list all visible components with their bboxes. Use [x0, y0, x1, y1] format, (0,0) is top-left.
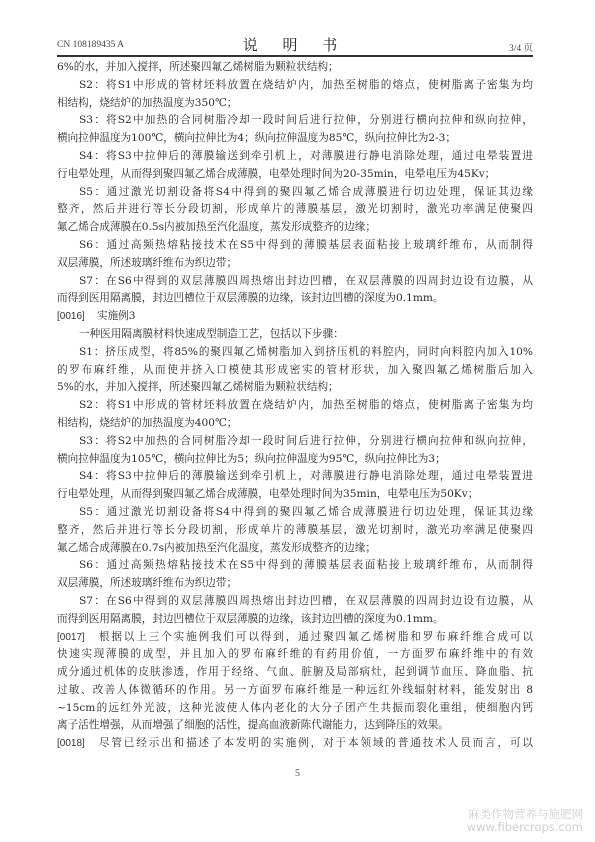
line-text: S1：挤压成型，将85%的聚四氟乙烯树脂加入到挤压机的料腔内，同时向料腔内加入1… — [79, 346, 533, 358]
text-line: ~15cm的远红外光波，这种光波使人体内老化的大分子团产生共振而裂化重组，使细胞… — [57, 700, 533, 718]
text-line: S4：将S3中拉伸后的薄膜输送到牵引机上，对薄膜进行静电消除处理，通过电晕装置进 — [57, 468, 533, 486]
line-text: 横向拉伸温度为105℃，横向拉伸比为5；纵向拉伸温度为95℃，纵向拉伸比为3； — [57, 453, 446, 465]
text-line: 5%的水，并加入搅拌，所述聚四氟乙烯树脂为颗粒状结构； — [57, 379, 533, 397]
text-line: S7：在S6中得到的双层薄膜四周热熔出封边凹槽，在双层薄膜的四周封边设有边膜，从 — [57, 593, 533, 611]
text-line: 过敏、改善人体微循环的作用。另一方面罗布麻纤维是一种远红外线辐射材料，能发射出 … — [57, 682, 533, 700]
line-text: 双层薄膜，所述玻璃纤维布为织边带； — [57, 257, 237, 269]
text-line: 而得到医用隔离膜，封边凹槽位于双层薄膜的边缘，该封边凹槽的深度为0.1mm。 — [57, 290, 533, 308]
document-body: 6%的水，并加入搅拌，所述聚四氟乙烯树脂为颗粒状结构；S2：将S1中形成的管材坯… — [57, 59, 533, 753]
text-line: 氟乙烯合成薄膜在0.5s内被加热至汽化温度，蒸发形成整齐的边缘； — [57, 219, 533, 237]
text-line: 6%的水，并加入搅拌，所述聚四氟乙烯树脂为颗粒状结构； — [57, 59, 533, 77]
header-rule — [57, 55, 533, 57]
watermark-url: www.fibercrops.com — [467, 821, 583, 834]
text-line: 一种医用隔离膜材料快速成型制造工艺，包括以下步骤： — [57, 326, 533, 344]
line-text: 行电晕处理，从而得到聚四氟乙烯合成薄膜，电晕处理时间为20-35min，电晕电压… — [57, 168, 495, 180]
line-text: 6%的水，并加入搅拌，所述聚四氟乙烯树脂为颗粒状结构； — [57, 61, 339, 73]
paragraph-line-numbered: [0018]尽管已经示出和描述了本发明的实施例，对于本领域的普通技术人员而言，可… — [57, 735, 533, 753]
document-title: 说 明 书 — [57, 34, 533, 55]
watermark: 麻类作物营养与施肥网 www.fibercrops.com — [467, 808, 583, 834]
line-text: S6：通过高频热熔粘接技术在S5中得到的薄膜基层表面粘接上玻璃纤维布，从而制得 — [79, 559, 533, 571]
line-text: S4：将S3中拉伸后的薄膜输送到牵引机上，对薄膜进行静电消除处理，通过电晕装置进 — [79, 470, 533, 482]
line-text: 过敏、改善人体微循环的作用。另一方面罗布麻纤维是一种远红外线辐射材料，能发射出 … — [57, 684, 533, 696]
line-text: 离子活性增强，从而增强了细胞的活性，提高血液新陈代谢能力，达到降压的效果。 — [57, 719, 449, 731]
text-line: 快速实现薄膜的成型，并且加入的罗布麻纤维的有药用价值，一方面罗布麻纤维中的有效 — [57, 646, 533, 664]
line-text: 双层薄膜，所述玻璃纤维布为织边带； — [57, 577, 237, 589]
line-text: 实施例3 — [97, 310, 136, 322]
text-line: S3：将S2中加热的合同树脂冷却一段时间后进行拉伸，分别进行横向拉伸和纵向拉伸， — [57, 433, 533, 451]
text-line: 横向拉伸温度为100℃，横向拉伸比为4；纵向拉伸温度为85℃，纵向拉伸比为2-3… — [57, 130, 533, 148]
line-text: 整齐，然后并进行等长分段切割，形成单片的薄膜基层，激光切割时，激光功率满足使聚四 — [57, 203, 533, 215]
text-line: S5：通过激光切割设备将S4中得到的聚四氟乙烯合成薄膜进行切边处理，保证其边缘 — [57, 184, 533, 202]
text-line: 行电晕处理，从而得到聚四氟乙烯合成薄膜，电晕处理时间为35min，电晕电压为50… — [57, 486, 533, 504]
text-line: 整齐，然后并进行等长分段切割，形成单片的薄膜基层，激光切割时，激光功率满足使聚四 — [57, 201, 533, 219]
page-number: 5 — [0, 768, 595, 779]
line-text: 一种医用隔离膜材料快速成型制造工艺，包括以下步骤： — [79, 328, 344, 340]
text-line: 双层薄膜，所述玻璃纤维布为织边带； — [57, 255, 533, 273]
text-line: S5：通过激光切割设备将S4中得到的聚四氟乙烯合成薄膜进行切边处理，保证其边缘 — [57, 504, 533, 522]
text-line: S2：将S1中形成的管材坯料放置在烧结炉内，加热至树脂的熔点，使树脂离子密集为均 — [57, 77, 533, 95]
text-line: S4：将S3中拉伸后的薄膜输送到牵引机上，对薄膜进行静电消除处理，通过电晕装置进 — [57, 148, 533, 166]
page-indicator: 3/4 页 — [509, 40, 533, 54]
paragraph-line-numbered: [0017]根据以上三个实施例我们可以得到，通过聚四氟乙烯树脂和罗布麻纤维合成可… — [57, 629, 533, 647]
line-text: S6：通过高频热熔粘接技术在S5中得到的薄膜基层表面粘接上玻璃纤维布，从而制得 — [79, 239, 533, 251]
line-text: S7：在S6中得到的双层薄膜四周热熔出封边凹槽，在双层薄膜的四周封边设有边膜，从 — [79, 275, 533, 287]
line-text: 根据以上三个实施例我们可以得到，通过聚四氟乙烯树脂和罗布麻纤维合成可以 — [97, 631, 533, 643]
line-text: 成分通过机体的皮肤渗透，作用于经络、气血、脏腑及局部病灶，起到调节血压、降血脂、… — [57, 666, 533, 678]
paragraph-number: [0016] — [57, 308, 97, 326]
line-text: S5：通过激光切割设备将S4中得到的聚四氟乙烯合成薄膜进行切边处理，保证其边缘 — [79, 186, 533, 198]
line-text: 氟乙烯合成薄膜在0.7s内被加热至汽化温度，蒸发形成整齐的边缘； — [57, 542, 376, 554]
text-line: 而得到医用隔离膜，封边凹槽位于双层薄膜的边缘，该封边凹槽的深度为0.1mm。 — [57, 611, 533, 629]
line-text: 相结构，烧结炉的加热温度为400℃； — [57, 417, 237, 429]
text-line: S2：将S1中形成的管材坯料放置在烧结炉内，加热至树脂的熔点，使树脂离子密集为均 — [57, 397, 533, 415]
line-text: 而得到医用隔离膜，封边凹槽位于双层薄膜的边缘，该封边凹槽的深度为0.1mm。 — [57, 613, 444, 625]
line-text: 而得到医用隔离膜，封边凹槽位于双层薄膜的边缘，该封边凹槽的深度为0.1mm。 — [57, 292, 444, 304]
line-text: S3：将S2中加热的合同树脂冷却一段时间后进行拉伸，分别进行横向拉伸和纵向拉伸， — [79, 114, 533, 126]
line-text: S2：将S1中形成的管材坯料放置在烧结炉内，加热至树脂的熔点，使树脂离子密集为均 — [79, 79, 533, 91]
text-line: S7：在S6中得到的双层薄膜四周热熔出封边凹槽，在双层薄膜的四周封边设有边膜，从 — [57, 273, 533, 291]
text-line: 整齐，然后并进行等长分段切割，形成单片的薄膜基层，激光切割时，激光功率满足使聚四 — [57, 522, 533, 540]
text-line: 横向拉伸温度为105℃，横向拉伸比为5；纵向拉伸温度为95℃，纵向拉伸比为3； — [57, 451, 533, 469]
line-text: 尽管已经示出和描述了本发明的实施例，对于本领域的普通技术人员而言，可以 — [97, 737, 533, 749]
line-text: S4：将S3中拉伸后的薄膜输送到牵引机上，对薄膜进行静电消除处理，通过电晕装置进 — [79, 150, 533, 162]
line-text: ~15cm的远红外光波，这种光波使人体内老化的大分子团产生共振而裂化重组，使细胞… — [57, 702, 533, 714]
paragraph-number: [0017] — [57, 629, 97, 647]
text-line: 行电晕处理，从而得到聚四氟乙烯合成薄膜，电晕处理时间为20-35min，电晕电压… — [57, 166, 533, 184]
line-text: S2：将S1中形成的管材坯料放置在烧结炉内，加热至树脂的熔点，使树脂离子密集为均 — [79, 399, 533, 411]
text-line: 的罗布麻纤维，从而使并挤入口模使其形成密实的管材形状，加入聚四氟乙烯树脂后加入 — [57, 362, 533, 380]
line-text: S7：在S6中得到的双层薄膜四周热熔出封边凹槽，在双层薄膜的四周封边设有边膜，从 — [79, 595, 533, 607]
line-text: 5%的水，并加入搅拌，所述聚四氟乙烯树脂为颗粒状结构； — [57, 381, 339, 393]
line-text: 横向拉伸温度为100℃，横向拉伸比为4；纵向拉伸温度为85℃，纵向拉伸比为2-3… — [57, 132, 456, 144]
line-text: 行电晕处理，从而得到聚四氟乙烯合成薄膜，电晕处理时间为35min，电晕电压为50… — [57, 488, 478, 500]
text-line: 相结构，烧结炉的加热温度为400℃； — [57, 415, 533, 433]
line-text: 的罗布麻纤维，从而使并挤入口模使其形成密实的管材形状，加入聚四氟乙烯树脂后加入 — [57, 364, 533, 376]
text-line: 离子活性增强，从而增强了细胞的活性，提高血液新陈代谢能力，达到降压的效果。 — [57, 717, 533, 735]
text-line: 成分通过机体的皮肤渗透，作用于经络、气血、脏腑及局部病灶，起到调节血压、降血脂、… — [57, 664, 533, 682]
text-line: S1：挤压成型，将85%的聚四氟乙烯树脂加入到挤压机的料腔内，同时向料腔内加入1… — [57, 344, 533, 362]
text-line: S3：将S2中加热的合同树脂冷却一段时间后进行拉伸，分别进行横向拉伸和纵向拉伸， — [57, 112, 533, 130]
page-header: CN 108189435 A 说 明 书 3/4 页 — [57, 34, 533, 54]
text-line: S6：通过高频热熔粘接技术在S5中得到的薄膜基层表面粘接上玻璃纤维布，从而制得 — [57, 237, 533, 255]
line-text: S5：通过激光切割设备将S4中得到的聚四氟乙烯合成薄膜进行切边处理，保证其边缘 — [79, 506, 533, 518]
line-text: 快速实现薄膜的成型，并且加入的罗布麻纤维的有药用价值，一方面罗布麻纤维中的有效 — [57, 648, 533, 660]
text-line: S6：通过高频热熔粘接技术在S5中得到的薄膜基层表面粘接上玻璃纤维布，从而制得 — [57, 557, 533, 575]
paragraph-number: [0018] — [57, 735, 97, 753]
line-text: 整齐，然后并进行等长分段切割，形成单片的薄膜基层，激光切割时，激光功率满足使聚四 — [57, 524, 533, 536]
text-line: 双层薄膜，所述玻璃纤维布为织边带； — [57, 575, 533, 593]
text-line: 氟乙烯合成薄膜在0.7s内被加热至汽化温度，蒸发形成整齐的边缘； — [57, 540, 533, 558]
line-text: 氟乙烯合成薄膜在0.5s内被加热至汽化温度，蒸发形成整齐的边缘； — [57, 221, 376, 233]
paragraph-line-numbered: [0016]实施例3 — [57, 308, 533, 326]
line-text: 相结构，烧结炉的加热温度为350℃； — [57, 97, 237, 109]
line-text: S3：将S2中加热的合同树脂冷却一段时间后进行拉伸，分别进行横向拉伸和纵向拉伸， — [79, 435, 533, 447]
text-line: 相结构，烧结炉的加热温度为350℃； — [57, 95, 533, 113]
